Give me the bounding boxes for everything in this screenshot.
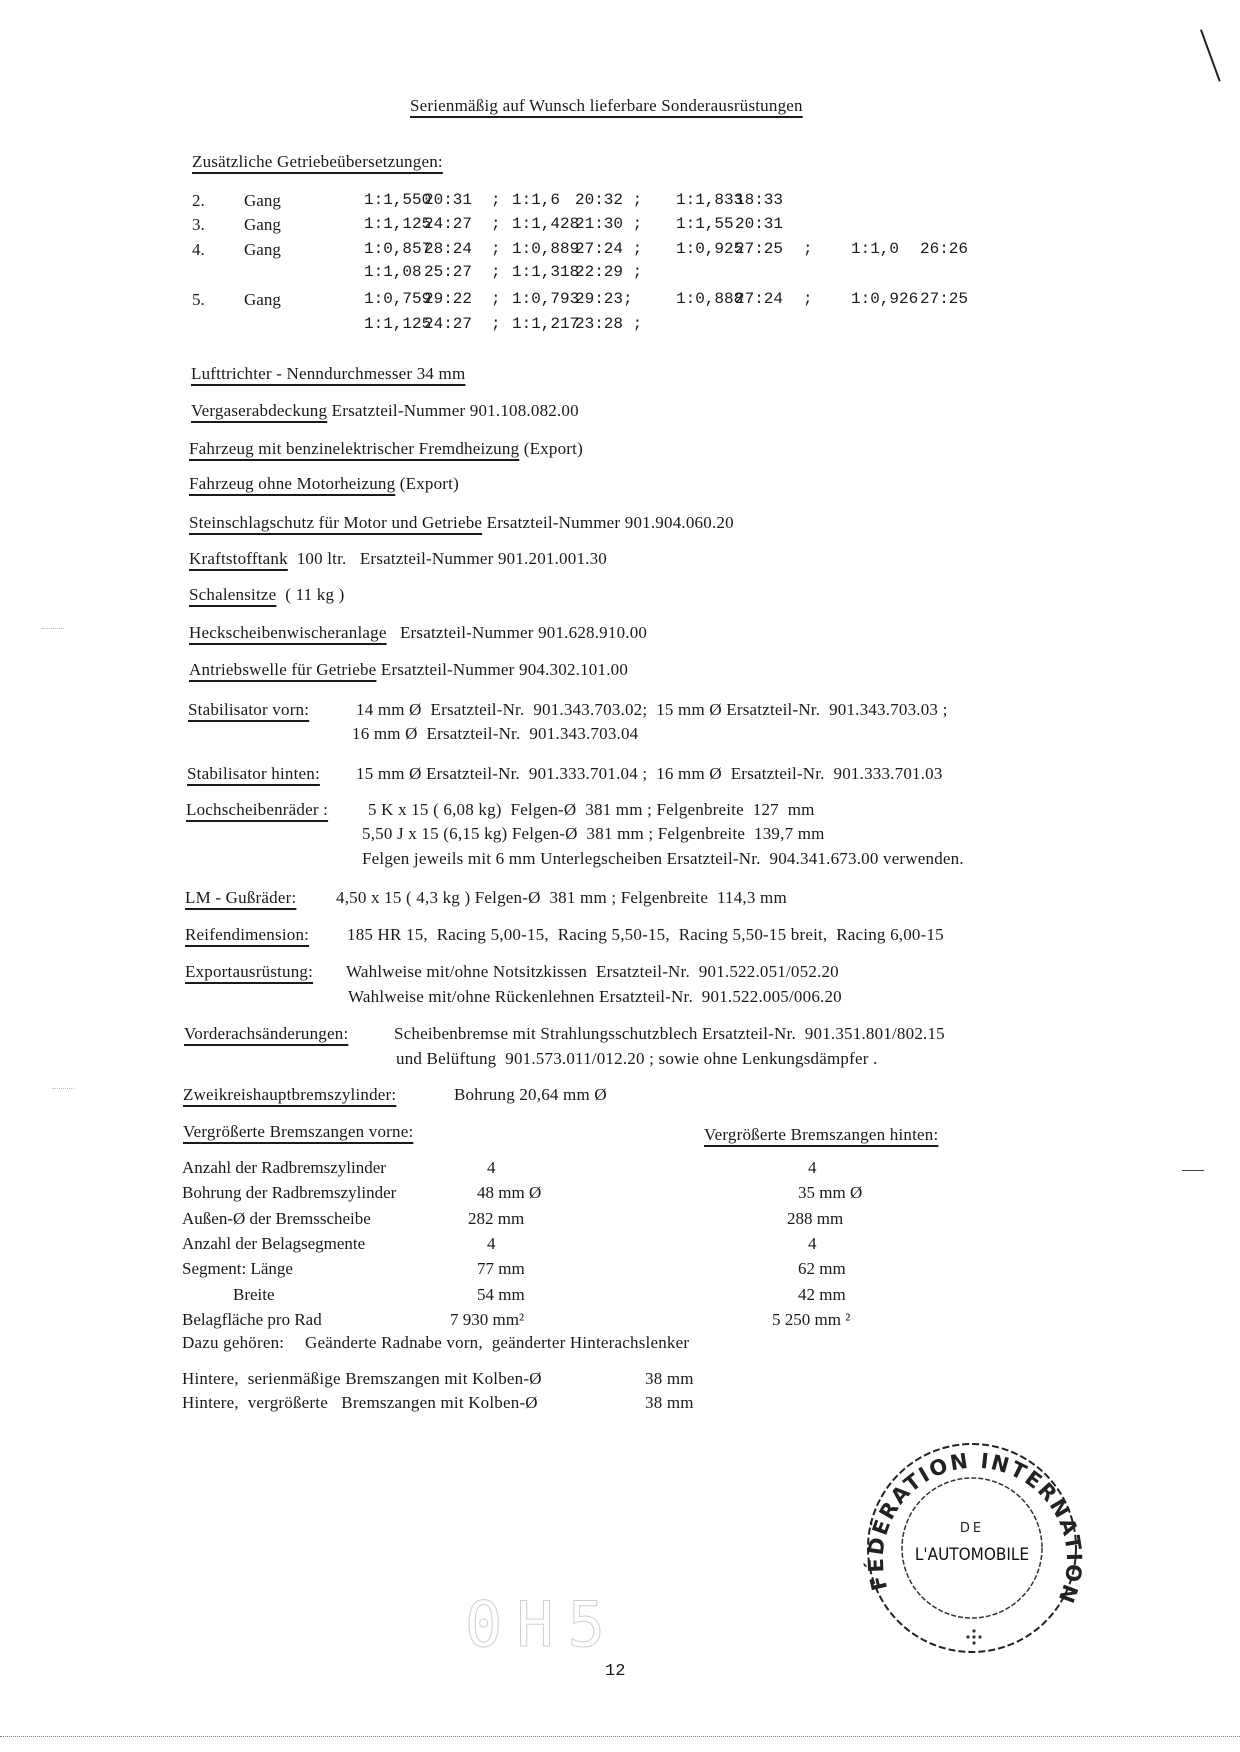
gear-ratio-cell: 1:1,0 (851, 240, 899, 258)
svg-text:FÉDÉRATION INTERNATIONALE: FÉDÉRATION INTERNATIONALE (860, 1430, 1086, 1608)
lm-gussraeder-label: LM - Gußräder: (185, 888, 296, 908)
gear-label: Gang (244, 290, 281, 310)
exportausruestung-line2: Wahlweise mit/ohne Rückenlehnen Ersatzte… (348, 987, 842, 1007)
item-heckscheibenwischer: Heckscheibenwischeranlage Ersatzteil-Num… (189, 623, 647, 643)
gear-ratio-cell: 21:30 ; (575, 215, 642, 233)
stabilisator-hinten-line1: 15 mm Ø Ersatzteil-Nr. 901.333.701.04 ; … (356, 764, 943, 784)
reifendimension-line1: 185 HR 15, Racing 5,00-15, Racing 5,50-1… (347, 925, 944, 945)
gear-ratio-cell: 1:1,125 (364, 315, 431, 333)
brake-row-label: Breite (182, 1285, 275, 1305)
lochscheibenraeder-line1: 5 K x 15 ( 6,08 kg) Felgen-Ø 381 mm ; Fe… (368, 800, 815, 820)
brake-rear-value: 42 mm (798, 1285, 846, 1305)
scan-mark (1182, 1170, 1204, 1171)
lochscheibenraeder-line3: Felgen jeweils mit 6 mm Unterlegscheiben… (362, 849, 964, 869)
gear-ratio-cell: ; (491, 263, 501, 281)
gear-number: 4. (192, 240, 205, 260)
gear-ratio-cell: 1:0,889 (512, 240, 579, 258)
brake-front-value: 282 mm (468, 1209, 524, 1229)
brake-rear-value: 62 mm (798, 1259, 846, 1279)
gear-ratio-cell: 29:23; (575, 290, 633, 308)
page-number: 12 (605, 1662, 625, 1681)
gear-ratio-cell: ; (491, 215, 501, 233)
brakes-rear-heading: Vergrößerte Bremszangen hinten: (704, 1125, 938, 1145)
gear-ratio-cell: 1:0,759 (364, 290, 431, 308)
gear-ratio-cell: 1:0,925 (676, 240, 743, 258)
page-title: Serienmäßig auf Wunsch lieferbare Sonder… (410, 96, 803, 116)
gear-ratio-cell: 1:1,6 (512, 191, 560, 209)
brake-row-label: Anzahl der Belagsegmente (182, 1234, 365, 1254)
item-fremdheizung: Fahrzeug mit benzinelektrischer Fremdhei… (189, 439, 583, 459)
brake-front-value: 4 (487, 1158, 496, 1178)
kolben-label-1: Hintere, serienmäßige Bremszangen mit Ko… (182, 1369, 542, 1389)
gear-ratio-cell: ; (803, 240, 813, 258)
reifendimension-label: Reifendimension: (185, 925, 309, 945)
gear-ratio-cell: 29:22 (424, 290, 472, 308)
brake-front-value: 54 mm (477, 1285, 525, 1305)
gear-ratio-cell: 26:26 (920, 240, 968, 258)
dazu-label: Dazu gehören: (182, 1333, 284, 1353)
brake-front-value: 77 mm (477, 1259, 525, 1279)
gear-ratio-cell: 1:1,55 (676, 215, 734, 233)
gear-ratio-cell: 28:24 (424, 240, 472, 258)
exportausruestung-label: Exportausrüstung: (185, 962, 313, 982)
stabilisator-vorn-line1: 14 mm Ø Ersatzteil-Nr. 901.343.703.02; 1… (356, 700, 948, 720)
gear-ratio-cell: 18:33 (735, 191, 783, 209)
gear-ratio-cell: ; (491, 240, 501, 258)
gear-ratio-cell: 20:32 ; (575, 191, 642, 209)
brake-row-label: Segment: Länge (182, 1259, 293, 1279)
gear-ratio-cell: ; (491, 290, 501, 308)
gear-label: Gang (244, 240, 281, 260)
gear-ratio-cell: 1:1,217 (512, 315, 579, 333)
brake-rear-value: 4 (808, 1158, 817, 1178)
gear-ratio-cell: ; (491, 315, 501, 333)
item-steinschlagschutz: Steinschlagschutz für Motor und Getriebe… (189, 513, 734, 533)
scan-mark (52, 1088, 74, 1089)
brake-row-label: Anzahl der Radbremszylinder (182, 1158, 386, 1178)
item-vergaserabdeckung: Vergaserabdeckung Ersatzteil-Nummer 901.… (191, 401, 579, 421)
gear-ratio-cell: 1:1,833 (676, 191, 743, 209)
lochscheibenraeder-label: Lochscheibenräder : (186, 800, 328, 820)
vorderachs-label: Vorderachsänderungen: (184, 1024, 348, 1044)
gear-number: 3. (192, 215, 205, 235)
kolben-value-2: 38 mm (645, 1393, 694, 1413)
zweikreis-line1: Bohrung 20,64 mm Ø (454, 1085, 607, 1105)
gear-ratio-cell: 1:0,888 (676, 290, 743, 308)
gear-ratio-cell: 1:1,125 (364, 215, 431, 233)
fia-stamp: FÉDÉRATION INTERNATIONALE DE L'AUTOMOBIL… (860, 1430, 1090, 1660)
zweikreis-label: Zweikreishauptbremszylinder: (183, 1085, 396, 1105)
brake-rear-value: 35 mm Ø (798, 1183, 862, 1203)
vorderachs-line2: und Belüftung 901.573.011/012.20 ; sowie… (396, 1049, 878, 1069)
svg-text:L'AUTOMOBILE: L'AUTOMOBILE (915, 1545, 1029, 1565)
scan-edge-line (0, 1736, 1240, 1737)
gear-ratio-cell: 23:28 ; (575, 315, 642, 333)
scan-mark (42, 628, 64, 629)
brake-front-value: 4 (487, 1234, 496, 1254)
gear-ratio-cell: ; (803, 290, 813, 308)
brake-rear-value: 4 (808, 1234, 817, 1254)
item-antriebswelle: Antriebswelle für Getriebe Ersatzteil-Nu… (189, 660, 628, 680)
document-page: Serienmäßig auf Wunsch lieferbare Sonder… (0, 0, 1240, 1752)
exportausruestung-line1: Wahlweise mit/ohne Notsitzkissen Ersatzt… (346, 962, 839, 982)
item-lufttrichter: Lufttrichter - Nenndurchmesser 34 mm (191, 364, 465, 384)
gear-ratio-cell: 1:1,08 (364, 263, 422, 281)
gear-ratio-cell: 1:1,550 (364, 191, 431, 209)
dazu-text: Geänderte Radnabe vorn, geänderter Hinte… (305, 1333, 689, 1353)
item-kraftstofftank: Kraftstofftank 100 ltr. Ersatzteil-Numme… (189, 549, 607, 569)
brake-rear-value: 5 250 mm ² (772, 1310, 850, 1330)
gear-ratio-cell: 1:1,318 (512, 263, 579, 281)
brake-front-value: 7 930 mm² (450, 1310, 524, 1330)
gear-ratio-cell: 20:31 (735, 215, 783, 233)
gear-ratio-cell: 22:29 ; (575, 263, 642, 281)
perforation-stamp: 0H5 (465, 1580, 635, 1670)
gear-number: 5. (192, 290, 205, 310)
lm-gussraeder-line1: 4,50 x 15 ( 4,3 kg ) Felgen-Ø 381 mm ; F… (336, 888, 787, 908)
gear-label: Gang (244, 191, 281, 211)
gear-ratio-cell: 27:24 (735, 290, 783, 308)
stabilisator-vorn-label: Stabilisator vorn: (188, 700, 309, 720)
gear-ratio-cell: 24:27 (424, 315, 472, 333)
gear-ratio-cell: 1:1,428 (512, 215, 579, 233)
kolben-label-2: Hintere, vergrößerte Bremszangen mit Kol… (182, 1393, 538, 1413)
scan-mark (1200, 29, 1221, 81)
item-schalensitze: Schalensitze ( 11 kg ) (189, 585, 345, 605)
brake-row-label: Belagfläche pro Rad (182, 1310, 322, 1330)
vorderachs-line1: Scheibenbremse mit Strahlungsschutzblech… (394, 1024, 945, 1044)
gear-ratio-cell: 27:25 (735, 240, 783, 258)
gear-number: 2. (192, 191, 205, 211)
gear-ratio-cell: ; (491, 191, 501, 209)
brake-row-label: Bohrung der Radbremszylinder (182, 1183, 396, 1203)
kolben-value-1: 38 mm (645, 1369, 694, 1389)
gear-ratio-cell: 25:27 (424, 263, 472, 281)
stabilisator-vorn-line2: 16 mm Ø Ersatzteil-Nr. 901.343.703.04 (352, 724, 638, 744)
gear-ratio-cell: 24:27 (424, 215, 472, 233)
gearbox-heading: Zusätzliche Getriebeübersetzungen: (192, 152, 443, 172)
gear-ratio-cell: 1:0,857 (364, 240, 431, 258)
lochscheibenraeder-line2: 5,50 J x 15 (6,15 kg) Felgen-Ø 381 mm ; … (362, 824, 825, 844)
stamp-outer-text: FÉDÉRATION INTERNATIONALE (860, 1430, 1086, 1608)
svg-text:DE: DE (960, 1521, 984, 1536)
brake-front-value: 48 mm Ø (477, 1183, 541, 1203)
stabilisator-hinten-label: Stabilisator hinten: (187, 764, 320, 784)
gear-ratio-cell: 27:25 (920, 290, 968, 308)
gear-ratio-cell: 1:0,926 (851, 290, 918, 308)
brake-rear-value: 288 mm (787, 1209, 843, 1229)
gear-ratio-cell: 1:0,793 (512, 290, 579, 308)
brakes-front-heading: Vergrößerte Bremszangen vorne: (183, 1122, 413, 1142)
brake-row-label: Außen-Ø der Bremsscheibe (182, 1209, 371, 1229)
gear-ratio-cell: 20:31 (424, 191, 472, 209)
gear-ratio-cell: 27:24 ; (575, 240, 642, 258)
item-ohne-motorheizung: Fahrzeug ohne Motorheizung (Export) (189, 474, 459, 494)
gear-label: Gang (244, 215, 281, 235)
